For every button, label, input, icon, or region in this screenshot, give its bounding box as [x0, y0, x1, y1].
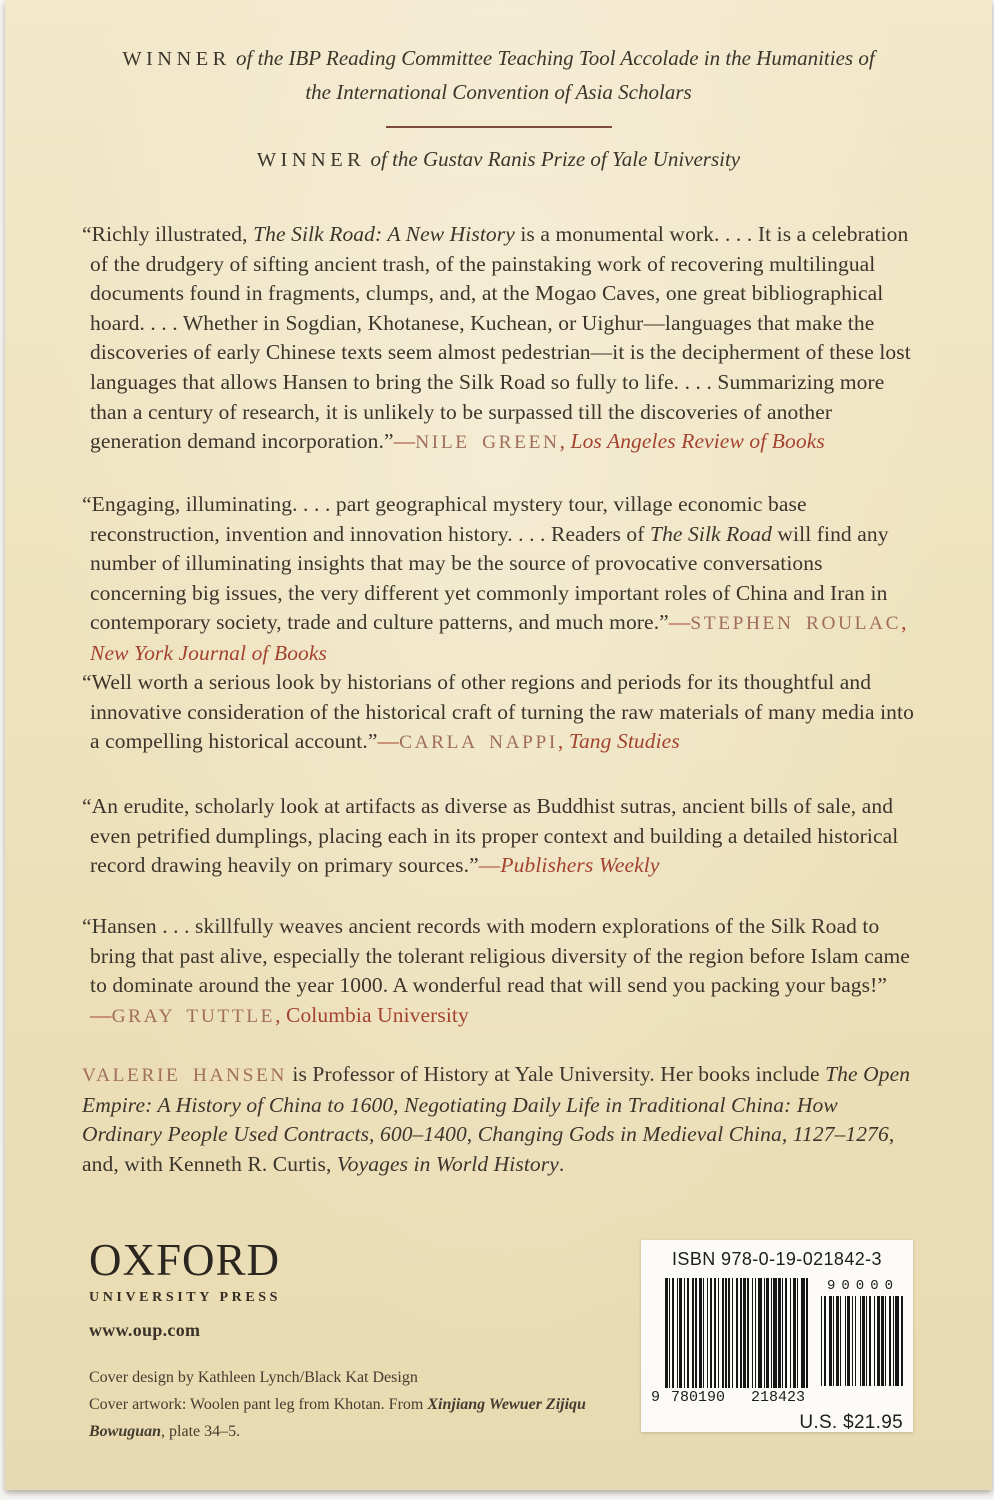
winner-line-2: WINNER of the Gustav Ranis Prize of Yale…: [5, 143, 992, 177]
winner-line-1: WINNER of the IBP Reading Committee Teac…: [114, 42, 884, 109]
award-divider: [386, 126, 612, 128]
ean-barcode: 9 780190 218423 90000: [651, 1278, 903, 1406]
review-quote-carla-nappi: “Well worth a serious look by historians…: [82, 668, 916, 758]
price-text: U.S. $21.95: [651, 1412, 903, 1434]
barcode-label: ISBN 978-0-19-021842-3 9 780190 218423 9…: [641, 1240, 913, 1432]
ean-barcode-bars: [665, 1278, 811, 1388]
review-quote-gray-tuttle: “Hansen . . . skillfully weaves ancient …: [82, 912, 916, 1031]
barcode-lead-digit: 9: [651, 1389, 665, 1406]
barcode-addon: 90000: [821, 1278, 903, 1406]
oxford-logo: OXFORD UNIVERSITY PRESS: [89, 1238, 281, 1306]
barcode-digit-group-2: 218423: [751, 1389, 805, 1406]
review-quote-stephen-roulac: “Engaging, illuminating. . . . part geog…: [82, 490, 916, 669]
review-quote-nile-green: “Richly illustrated, The Silk Road: A Ne…: [82, 220, 916, 458]
book-back-cover-photo: WINNER of the IBP Reading Committee Teac…: [0, 0, 994, 1500]
addon-barcode-bars: [821, 1296, 903, 1386]
review-quote-publishers-weekly: “An erudite, scholarly look at artifacts…: [82, 792, 916, 881]
publisher-url: www.oup.com: [89, 1320, 200, 1341]
awards-banner: WINNER of the IBP Reading Committee Teac…: [5, 42, 992, 177]
addon-value: 90000: [821, 1278, 903, 1294]
oxford-wordmark: OXFORD: [89, 1238, 281, 1283]
author-bio: VALERIE HANSEN is Professor of History a…: [82, 1060, 916, 1179]
oxford-university-press-label: UNIVERSITY PRESS: [89, 1290, 281, 1306]
book-back-cover: WINNER of the IBP Reading Committee Teac…: [5, 0, 992, 1490]
barcode-digit-group-1: 780190: [671, 1389, 725, 1406]
isbn-text: ISBN 978-0-19-021842-3: [651, 1249, 903, 1270]
cover-credits: Cover design by Kathleen Lynch/Black Kat…: [89, 1365, 589, 1446]
barcode-digits: 780190 218423: [665, 1389, 811, 1406]
